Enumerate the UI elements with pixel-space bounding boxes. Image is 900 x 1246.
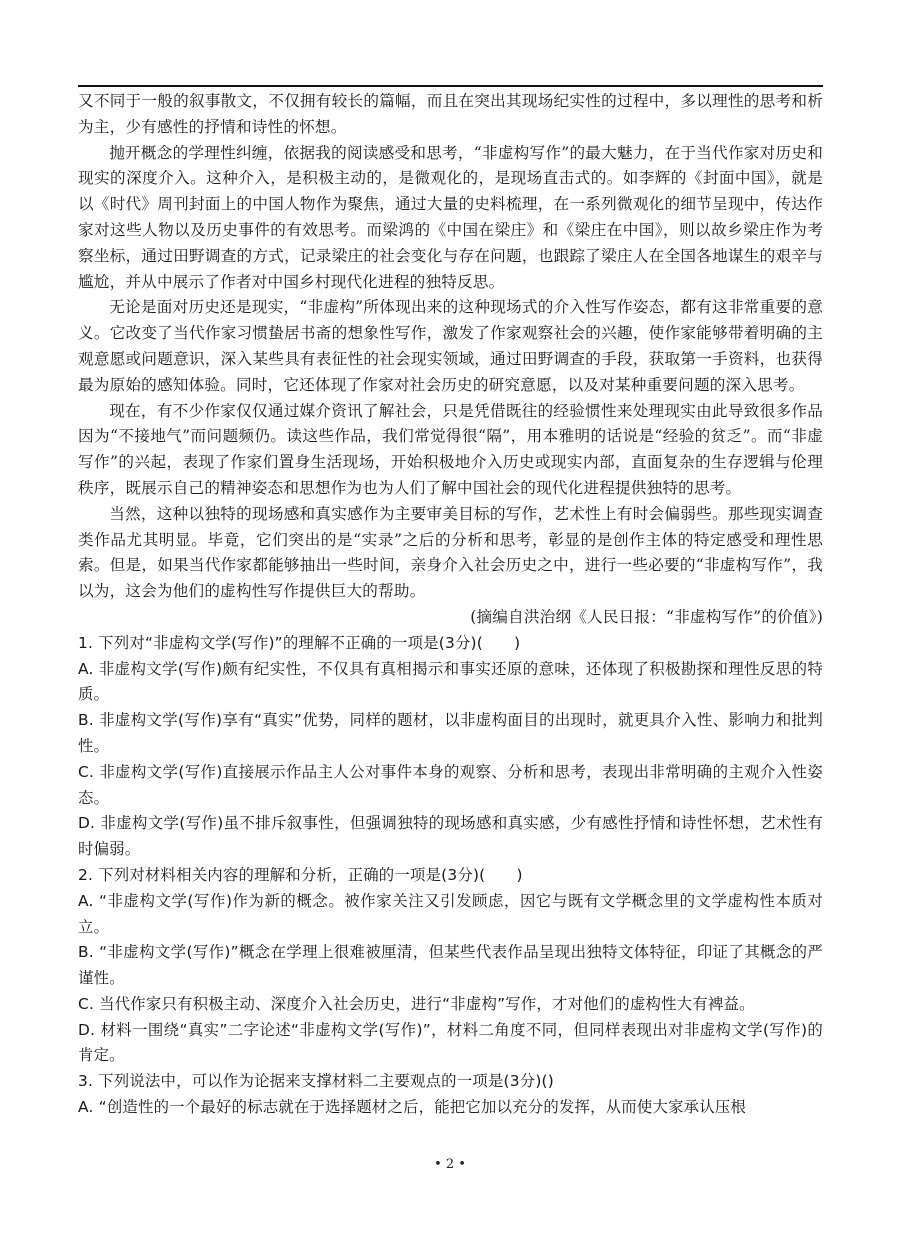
header-rule (78, 85, 823, 87)
reading-passage: 又不同于一般的叙事散文，不仅拥有较长的篇幅，而且在突出其现场纪实性的过程中，多以… (78, 89, 823, 631)
option-b: B. 非虚构文学(写作)享有“真实”优势，同样的题材，以非虚构面目的出现时，就更… (78, 708, 823, 760)
passage-paragraph-4: 现在，有不少作家仅仅通过媒介资讯了解社会，只是凭借既往的经验惯性来处理现实由此导… (78, 399, 823, 502)
option-c: C. 当代作家只有积极主动、深度介入社会历史，进行“非虚构”写作，才对他们的虚构… (78, 992, 823, 1018)
question-3: 3. 下列说法中，可以作为论据来支撑材料二主要观点的一项是(3分)() A. “… (78, 1069, 823, 1121)
page-number: • 2 • (0, 1157, 900, 1172)
passage-paragraph-2: 抛开概念的学理性纠缠，依据我的阅读感受和思考，“非虚构写作”的最大魅力，在于当代… (78, 141, 823, 296)
question-2: 2. 下列对材料相关内容的理解和分析，正确的一项是(3分)( ) A. “非虚构… (78, 863, 823, 1069)
question-stem: 1. 下列对“非虚构文学(写作)”的理解不正确的一项是(3分)( ) (78, 631, 823, 657)
question-1: 1. 下列对“非虚构文学(写作)”的理解不正确的一项是(3分)( ) A. 非虚… (78, 631, 823, 863)
option-a: A. “非虚构文学(写作)作为新的概念。被作家关注又引发顾虑，因它与既有文学概念… (78, 889, 823, 941)
question-stem: 2. 下列对材料相关内容的理解和分析，正确的一项是(3分)( ) (78, 863, 823, 889)
option-c: C. 非虚构文学(写作)直接展示作品主人公对事件本身的观察、分析和思考，表现出非… (78, 760, 823, 812)
passage-source-citation: (摘编自洪治纲《人民日报：“非虚构写作”的价值》) (78, 605, 823, 631)
option-d: D. 非虚构文学(写作)虽不排斥叙事性，但强调独特的现场感和真实感，少有感性抒情… (78, 811, 823, 863)
option-d: D. 材料一围绕“真实”二字论述“非虚构文学(写作)”，材料二角度不同，但同样表… (78, 1018, 823, 1070)
passage-paragraph-1: 又不同于一般的叙事散文，不仅拥有较长的篇幅，而且在突出其现场纪实性的过程中，多以… (78, 89, 823, 141)
passage-paragraph-5: 当然，这种以独特的现场感和真实感作为主要审美目标的写作，艺术性上有时会偏弱些。那… (78, 502, 823, 605)
option-a: A. 非虚构文学(写作)颇有纪实性，不仅具有真相揭示和事实还原的意味，还体现了积… (78, 657, 823, 709)
question-stem: 3. 下列说法中，可以作为论据来支撑材料二主要观点的一项是(3分)() (78, 1069, 823, 1095)
document-body: 又不同于一般的叙事散文，不仅拥有较长的篇幅，而且在突出其现场纪实性的过程中，多以… (78, 89, 823, 1121)
option-b: B. “非虚构文学(写作)”概念在学理上很难被厘清，但某些代表作品呈现出独特文体… (78, 940, 823, 992)
passage-paragraph-3: 无论是面对历史还是现实，“非虚构”所体现出来的这种现场式的介入性写作姿态，都有这… (78, 295, 823, 398)
option-a: A. “创造性的一个最好的标志就在于选择题材之后，能把它加以充分的发挥，从而使大… (78, 1095, 823, 1121)
